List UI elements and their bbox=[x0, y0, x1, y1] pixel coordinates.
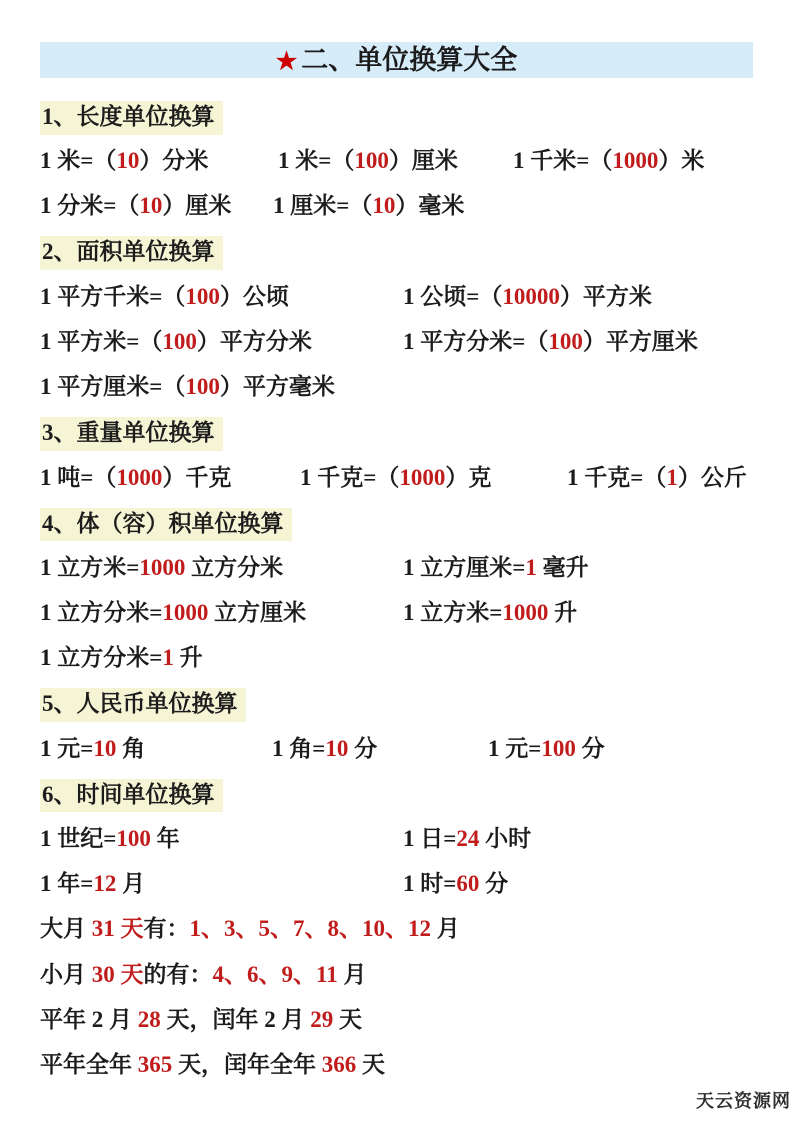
text-row: 平年 2 月 28 天，闰年 2 月 29 天 bbox=[40, 997, 754, 1042]
text-segment: 1 日= bbox=[403, 826, 456, 851]
conversion-item: 1 吨=（1000）千克 bbox=[40, 455, 231, 500]
text-row: 1 立方分米=1000 立方厘米1 立方米=1000 升 bbox=[40, 590, 754, 635]
conversion-item: 1 立方米=1000 立方分米 bbox=[40, 545, 283, 590]
text-row: 1 平方千米=（100）公顷1 公顷=（10000）平方米 bbox=[40, 274, 754, 319]
conversion-item: 1 年=12 月 bbox=[40, 861, 145, 906]
text-segment: 366 bbox=[322, 1052, 357, 1077]
text-segment: 1 吨=（ bbox=[40, 465, 116, 490]
text-segment: 10000 bbox=[502, 284, 560, 309]
text-segment: 天 bbox=[356, 1052, 385, 1077]
text-row: 1 年=12 月1 时=60 分 bbox=[40, 861, 754, 906]
text-segment: 1 立方米= bbox=[40, 555, 139, 580]
text-segment: 100 bbox=[185, 374, 220, 399]
text-segment: 分 bbox=[348, 736, 377, 761]
conversion-item: 1 元=10 角 bbox=[40, 726, 145, 771]
text-segment: 1 年= bbox=[40, 871, 93, 896]
section-heading: 3、重量单位换算 bbox=[40, 417, 223, 451]
text-segment: 60 bbox=[456, 871, 479, 896]
star-icon: ★ bbox=[276, 49, 298, 75]
text-segment: ）平方毫米 bbox=[220, 374, 335, 399]
conversion-item: 1 立方分米=1 升 bbox=[40, 635, 203, 680]
text-row: 平年全年 365 天，闰年全年 366 天 bbox=[40, 1042, 754, 1087]
text-segment: 年 bbox=[151, 826, 180, 851]
text-segment: 1 平方分米=（ bbox=[403, 329, 548, 354]
conversion-item: 1 平方千米=（100）公顷 bbox=[40, 274, 289, 319]
conversion-item: 1 千克=（1000）克 bbox=[300, 455, 491, 500]
text-segment: 小月 bbox=[40, 962, 92, 987]
text-segment: 4、6、9、11 bbox=[213, 962, 338, 987]
watermark: 天云资源网 bbox=[696, 1087, 791, 1113]
text-segment: 30 天 bbox=[92, 962, 144, 987]
text-row: 1 吨=（1000）千克1 千克=（1000）克1 千克=（1）公斤 bbox=[40, 455, 754, 500]
text-segment: 1000 bbox=[162, 600, 208, 625]
text-segment: 月 bbox=[116, 871, 145, 896]
text-segment: 1 平方千米=（ bbox=[40, 284, 185, 309]
text-segment: 24 bbox=[456, 826, 479, 851]
conversion-item: 1 分米=（10）厘米 bbox=[40, 183, 231, 228]
conversion-item: 1 立方分米=1000 立方厘米 bbox=[40, 590, 306, 635]
text-segment: 升 bbox=[548, 600, 577, 625]
text-segment: ）公斤 bbox=[678, 465, 747, 490]
text-row: 小月 30 天的有：4、6、9、11 月 bbox=[40, 952, 754, 997]
section-heading-row: 4、体（容）积单位换算 bbox=[40, 500, 754, 545]
page-title: 二、单位换算大全 bbox=[301, 45, 517, 75]
section-heading: 5、人民币单位换算 bbox=[40, 688, 246, 722]
section-heading: 2、面积单位换算 bbox=[40, 236, 223, 270]
text-segment: 1 bbox=[162, 645, 174, 670]
text-segment: 1 千克=（ bbox=[300, 465, 399, 490]
text-segment: 平年全年 bbox=[40, 1052, 138, 1077]
conversion-item: 1 平方米=（100）平方分米 bbox=[40, 319, 312, 364]
conversion-item: 1 公顷=（10000）平方米 bbox=[403, 274, 652, 319]
conversion-item: 1 米=（10）分米 bbox=[40, 138, 208, 183]
text-segment: 分 bbox=[479, 871, 508, 896]
text-segment: ）平方分米 bbox=[197, 329, 312, 354]
text-segment: 1000 bbox=[612, 148, 658, 173]
conversion-item: 1 千克=（1）公斤 bbox=[567, 455, 747, 500]
text-segment: 100 bbox=[116, 826, 151, 851]
text-segment: ）平方厘米 bbox=[583, 329, 698, 354]
conversion-item: 1 米=（100）厘米 bbox=[278, 138, 458, 183]
text-segment: ）毫米 bbox=[395, 193, 464, 218]
text-segment: 12 bbox=[93, 871, 116, 896]
text-row: 1 世纪=100 年1 日=24 小时 bbox=[40, 816, 754, 861]
text-segment: 1 分米=（ bbox=[40, 193, 139, 218]
text-segment: 平年 2 月 bbox=[40, 1007, 138, 1032]
text-segment: 1 世纪= bbox=[40, 826, 116, 851]
text-segment: 大月 bbox=[40, 916, 92, 941]
text-segment: ）公顷 bbox=[220, 284, 289, 309]
text-segment: 10 bbox=[325, 736, 348, 761]
conversion-item: 平年全年 365 天，闰年全年 366 天 bbox=[40, 1042, 385, 1087]
section-heading-row: 1、长度单位换算 bbox=[40, 93, 754, 138]
title-banner: ★二、单位换算大全 bbox=[40, 42, 753, 78]
text-segment: 100 bbox=[185, 284, 220, 309]
section-heading-row: 5、人民币单位换算 bbox=[40, 680, 754, 725]
conversion-item: 1 千米=（1000）米 bbox=[513, 138, 704, 183]
text-row: 1 米=（10）分米1 米=（100）厘米1 千米=（1000）米 bbox=[40, 138, 754, 183]
text-segment: 立方厘米 bbox=[208, 600, 306, 625]
text-segment: 立方分米 bbox=[185, 555, 283, 580]
text-segment: 小时 bbox=[479, 826, 531, 851]
section-heading-row: 2、面积单位换算 bbox=[40, 229, 754, 274]
text-segment: 29 bbox=[310, 1007, 333, 1032]
text-segment: 升 bbox=[174, 645, 203, 670]
text-segment: 月 bbox=[338, 962, 367, 987]
text-segment: 1 bbox=[666, 465, 678, 490]
text-segment: 1 千米=（ bbox=[513, 148, 612, 173]
text-row: 1 立方分米=1 升 bbox=[40, 635, 754, 680]
text-segment: 分 bbox=[576, 736, 605, 761]
text-segment: 1000 bbox=[116, 465, 162, 490]
text-segment: 月 bbox=[431, 916, 460, 941]
section-heading: 1、长度单位换算 bbox=[40, 101, 223, 135]
text-segment: 1000 bbox=[502, 600, 548, 625]
text-segment: 365 bbox=[138, 1052, 173, 1077]
text-segment: 1 时= bbox=[403, 871, 456, 896]
conversion-item: 1 立方米=1000 升 bbox=[403, 590, 577, 635]
text-segment: 1 公顷=（ bbox=[403, 284, 502, 309]
text-segment: ）厘米 bbox=[162, 193, 231, 218]
text-segment: 1 米=（ bbox=[40, 148, 116, 173]
text-segment: 100 bbox=[162, 329, 197, 354]
section-heading-row: 3、重量单位换算 bbox=[40, 409, 754, 454]
text-segment: 10 bbox=[93, 736, 116, 761]
text-segment: 有： bbox=[144, 916, 190, 941]
text-segment: 1 米=（ bbox=[278, 148, 354, 173]
text-segment: 31 天 bbox=[92, 916, 144, 941]
text-row: 1 元=10 角1 角=10 分1 元=100 分 bbox=[40, 726, 754, 771]
section-heading-row: 6、时间单位换算 bbox=[40, 771, 754, 816]
text-segment: ）分米 bbox=[139, 148, 208, 173]
conversion-item: 1 日=24 小时 bbox=[403, 816, 531, 861]
text-row: 1 分米=（10）厘米1 厘米=（10）毫米 bbox=[40, 183, 754, 228]
text-segment: 1 元= bbox=[40, 736, 93, 761]
text-segment: 1 平方米=（ bbox=[40, 329, 162, 354]
text-segment: 100 bbox=[548, 329, 583, 354]
text-segment: 1 立方分米= bbox=[40, 600, 162, 625]
text-segment: 1 平方厘米=（ bbox=[40, 374, 185, 399]
conversion-item: 1 厘米=（10）毫米 bbox=[273, 183, 464, 228]
conversion-item: 大月 31 天有：1、3、5、7、8、10、12 月 bbox=[40, 906, 460, 951]
text-segment: 1 元= bbox=[488, 736, 541, 761]
text-segment: ）厘米 bbox=[389, 148, 458, 173]
section-heading: 4、体（容）积单位换算 bbox=[40, 508, 292, 542]
conversion-item: 平年 2 月 28 天，闰年 2 月 29 天 bbox=[40, 997, 362, 1042]
conversion-item: 1 平方分米=（100）平方厘米 bbox=[403, 319, 698, 364]
text-row: 1 平方厘米=（100）平方毫米 bbox=[40, 364, 754, 409]
text-segment: 天，闰年全年 bbox=[172, 1052, 322, 1077]
text-row: 大月 31 天有：1、3、5、7、8、10、12 月 bbox=[40, 906, 754, 951]
text-segment: 10 bbox=[139, 193, 162, 218]
conversion-item: 1 角=10 分 bbox=[272, 726, 377, 771]
text-segment: ）千克 bbox=[162, 465, 231, 490]
text-segment: ）米 bbox=[658, 148, 704, 173]
conversion-item: 1 时=60 分 bbox=[403, 861, 508, 906]
text-segment: 的有： bbox=[144, 962, 213, 987]
text-segment: 1 厘米=（ bbox=[273, 193, 372, 218]
text-segment: 1、3、5、7、8、10、12 bbox=[190, 916, 432, 941]
conversion-item: 小月 30 天的有：4、6、9、11 月 bbox=[40, 952, 366, 997]
conversion-item: 1 立方厘米=1 毫升 bbox=[403, 545, 589, 590]
text-segment: 100 bbox=[541, 736, 576, 761]
text-segment: ）克 bbox=[445, 465, 491, 490]
conversion-item: 1 世纪=100 年 bbox=[40, 816, 180, 861]
text-segment: 1 立方分米= bbox=[40, 645, 162, 670]
conversion-item: 1 平方厘米=（100）平方毫米 bbox=[40, 364, 335, 409]
document-body: 1、长度单位换算1 米=（10）分米1 米=（100）厘米1 千米=（1000）… bbox=[40, 93, 754, 1087]
text-segment: 角 bbox=[116, 736, 145, 761]
text-segment: 1 立方米= bbox=[403, 600, 502, 625]
conversion-item: 1 元=100 分 bbox=[488, 726, 605, 771]
text-segment: 1 角= bbox=[272, 736, 325, 761]
text-row: 1 立方米=1000 立方分米1 立方厘米=1 毫升 bbox=[40, 545, 754, 590]
section-heading: 6、时间单位换算 bbox=[40, 779, 223, 813]
text-segment: ）平方米 bbox=[560, 284, 652, 309]
text-segment: 10 bbox=[372, 193, 395, 218]
text-segment: 1 bbox=[525, 555, 537, 580]
text-segment: 1000 bbox=[139, 555, 185, 580]
text-segment: 1 立方厘米= bbox=[403, 555, 525, 580]
text-row: 1 平方米=（100）平方分米1 平方分米=（100）平方厘米 bbox=[40, 319, 754, 364]
text-segment: 1000 bbox=[399, 465, 445, 490]
text-segment: 天，闰年 2 月 bbox=[161, 1007, 311, 1032]
text-segment: 1 千克=（ bbox=[567, 465, 666, 490]
text-segment: 天 bbox=[333, 1007, 362, 1032]
text-segment: 28 bbox=[138, 1007, 161, 1032]
text-segment: 100 bbox=[354, 148, 389, 173]
text-segment: 10 bbox=[116, 148, 139, 173]
text-segment: 毫升 bbox=[537, 555, 589, 580]
